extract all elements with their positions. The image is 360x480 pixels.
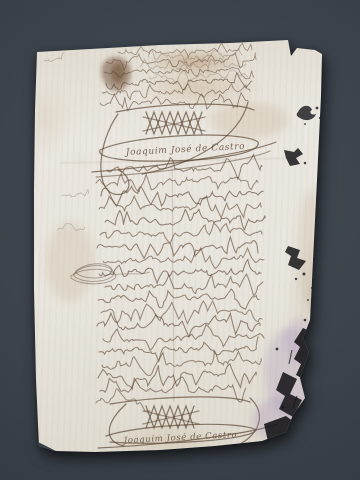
hand-body-line — [101, 187, 263, 207]
hand-margin-mark — [44, 53, 64, 62]
torn-corner — [30, 438, 70, 458]
hand-body-line — [97, 237, 258, 258]
lower-signature-name: Joaquim José de Castro — [122, 429, 238, 446]
photo-background: Joaquim José de Castro Joaquim José de C… — [0, 0, 360, 480]
manuscript-ink-layer: Joaquim José de Castro Joaquim José de C… — [0, 0, 360, 480]
manuscript-sheet: Joaquim José de Castro Joaquim José de C… — [0, 0, 360, 480]
hand-body-line — [99, 259, 261, 283]
hand-body-line — [97, 313, 260, 337]
hand-margin-mark — [62, 190, 88, 198]
upper-signature-name: Joaquim José de Castro — [124, 141, 246, 158]
hand-body-line — [107, 155, 262, 180]
hand-body-line — [100, 377, 246, 402]
hand-body-line — [101, 301, 262, 324]
hand-body-line — [103, 248, 264, 269]
fold-crease — [60, 158, 300, 402]
hand-body-line — [100, 223, 262, 243]
hand-body-line — [99, 196, 261, 218]
manuscript-sheet-wrap: Joaquim José de Castro Joaquim José de C… — [0, 0, 360, 480]
hand-body-line — [102, 350, 261, 375]
hand-body-line — [105, 274, 263, 295]
